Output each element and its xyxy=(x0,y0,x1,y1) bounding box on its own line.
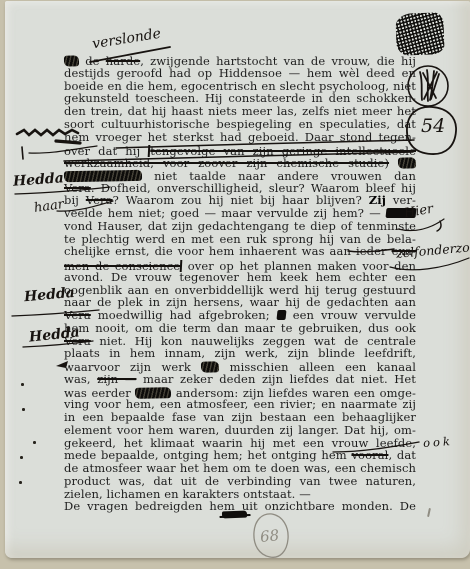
print-text: maar zeker deden zijn liefdes dat niet. … xyxy=(136,372,416,386)
ink-speck xyxy=(19,481,22,484)
circled-scribble-marks xyxy=(420,70,439,101)
ink-speck xyxy=(21,383,24,386)
crosshatch-scribble xyxy=(395,12,444,56)
hier-flourish xyxy=(437,221,441,231)
manuscript-page: de harde, zwijgende hartstocht van de vr… xyxy=(5,1,470,558)
ink-speck xyxy=(22,408,25,411)
annotation-verslonde: verslonde xyxy=(91,26,162,53)
print-text: was, xyxy=(64,372,97,386)
text-line: chelijke ernst, die voor hem inhaerent w… xyxy=(64,245,416,258)
annotation-hedda-1: Hedda xyxy=(13,170,65,190)
ink-speck xyxy=(33,441,36,444)
annotation-haar: haar xyxy=(33,197,65,216)
ink-smudge xyxy=(222,511,247,519)
text-line: over dat hij tengevolge van zijn geringe… xyxy=(64,143,416,156)
pencil-tick xyxy=(427,508,431,517)
text-line: was, zijn — maar zeker deden zijn liefde… xyxy=(64,373,416,386)
ink-speck xyxy=(20,456,23,459)
print-text: plaats in hem innam, zijn werk, zijn bli… xyxy=(64,346,416,360)
margin-tick xyxy=(22,147,23,159)
text-line: werkzaamheid, voor zoover zijn chemische… xyxy=(64,156,416,169)
circled-page-number-54: 54 xyxy=(421,115,445,137)
print-text: hem vroeger het sterkst had geboeid. Daa… xyxy=(64,130,416,144)
obliterated-word xyxy=(64,55,79,66)
obliterated-word xyxy=(64,170,142,182)
obliterated-word xyxy=(201,361,219,372)
scanned-manuscript-photo: de harde, zwijgende hartstocht van de vr… xyxy=(0,0,470,569)
circled-page-number-68: 68 xyxy=(259,526,280,546)
obliterated-word xyxy=(398,157,416,168)
struck-text: zijn — xyxy=(97,372,136,386)
typescript-text-block: de harde, zwijgende hartstocht van de vr… xyxy=(64,54,416,513)
obliterated-word xyxy=(135,387,171,399)
text-line: hem vroeger het sterkst had geboeid. Daa… xyxy=(64,131,416,144)
print-text: chelijke ernst, die voor hem inhaerent w… xyxy=(64,244,392,258)
obliterated-word xyxy=(276,310,286,320)
annotation-ook: ook xyxy=(423,434,454,450)
text-line: plaats in hem innam, zijn werk, zijn bli… xyxy=(64,347,416,360)
page-content-layer: de harde, zwijgende hartstocht van de vr… xyxy=(0,0,470,569)
